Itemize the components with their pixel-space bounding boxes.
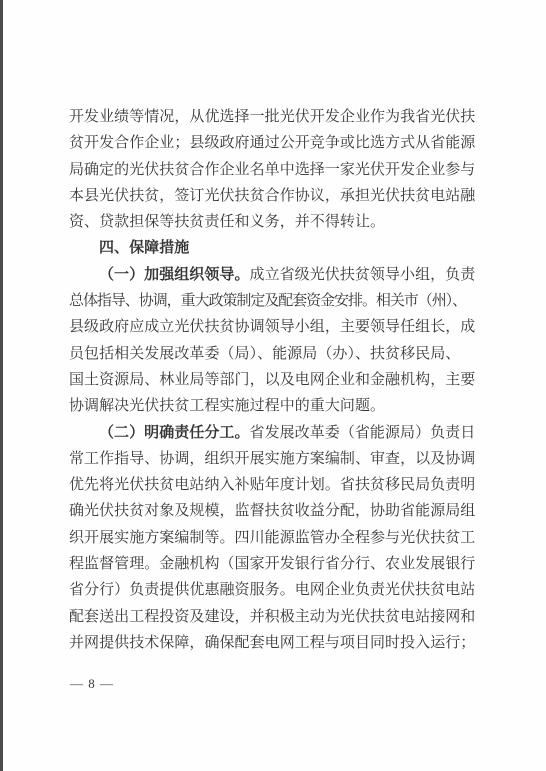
document-page: 开发业绩等情况，从优选择一批光伏开发企业作为我省光伏扶贫开发合作企业；县级政府通…	[0, 0, 546, 771]
text-segment: 优先将光伏扶贫电站纳入补贴年度计划。省扶贫移民局负责明	[69, 477, 475, 493]
text-segment: 贫开发合作企业；县级政府通过公开竞争或比选方式从省能源	[69, 135, 475, 151]
text-line: 协调解决光伏扶贫工程实施过程中的重大问题。	[69, 393, 477, 419]
page-number: — 8 —	[70, 675, 114, 693]
bold-text-segment: 四、保障措施	[99, 240, 189, 256]
text-line: 贫开发合作企业；县级政府通过公开竞争或比选方式从省能源	[69, 130, 477, 156]
text-segment: 省分行）负责提供优惠融资服务。电网企业负责光伏扶贫电站	[69, 582, 475, 598]
text-segment: 常工作指导、协调，组织开展实施方案编制、审查，以及协调	[69, 451, 475, 467]
text-line: 常工作指导、协调，组织开展实施方案编制、审查，以及协调	[69, 446, 477, 472]
text-line: 资、贷款担保等扶贫责任和义务，并不得转让。	[69, 209, 477, 235]
text-line: 省分行）负责提供优惠融资服务。电网企业负责光伏扶贫电站	[69, 577, 477, 603]
text-line: 局确定的光伏扶贫合作企业名单中选择一家光伏开发企业参与	[69, 157, 477, 183]
text-line: 优先将光伏扶贫电站纳入补贴年度计划。省扶贫移民局负责明	[69, 472, 477, 498]
text-line: 本县光伏扶贫，签订光伏扶贫合作协议，承担光伏扶贫电站融	[69, 183, 477, 209]
text-line: 织开展实施方案编制等。四川能源监管办全程参与光伏扶贫工	[69, 525, 477, 551]
text-segment: 织开展实施方案编制等。四川能源监管办全程参与光伏扶贫工	[69, 530, 475, 546]
scan-edge-artifact	[0, 0, 3, 771]
text-segment: 县级政府应成立光伏扶贫协调领导小组，主要领导任组长，成	[69, 319, 475, 335]
bold-text-segment: （二）明确责任分工。	[99, 425, 250, 441]
bold-text-segment: （一）加强组织领导。	[99, 267, 250, 283]
text-line: 确光伏扶贫对象及规模，监督扶贫收益分配，协助省能源局组	[69, 498, 477, 524]
text-line: 县级政府应成立光伏扶贫协调领导小组，主要领导任组长，成	[69, 314, 477, 340]
text-line: （二）明确责任分工。省发展改革委（省能源局）负责日	[69, 420, 477, 446]
text-line: 程监督管理。金融机构（国家开发银行省分行、农业发展银行	[69, 551, 477, 577]
text-segment: 并网提供技术保障，确保配套电网工程与项目同时投入运行；	[69, 635, 475, 651]
text-segment: 局确定的光伏扶贫合作企业名单中选择一家光伏开发企业参与	[69, 162, 475, 178]
text-segment: 本县光伏扶贫，签订光伏扶贫合作协议，承担光伏扶贫电站融	[69, 188, 475, 204]
text-line: （一）加强组织领导。成立省级光伏扶贫领导小组，负责	[69, 262, 477, 288]
text-segment: 成立省级光伏扶贫领导小组，负责	[250, 267, 476, 283]
text-segment: 开发业绩等情况，从优选择一批光伏开发企业作为我省光伏扶	[69, 109, 475, 125]
text-line: 并网提供技术保障，确保配套电网工程与项目同时投入运行；	[69, 630, 477, 656]
text-line: 配套送出工程投资及建设，并积极主动为光伏扶贫电站接网和	[69, 604, 477, 630]
text-line: 总体指导、协调，重大政策制定及配套资金安排。相关市（州）、	[69, 288, 477, 314]
text-segment: 程监督管理。金融机构（国家开发银行省分行、农业发展银行	[69, 556, 475, 572]
text-block: 开发业绩等情况，从优选择一批光伏开发企业作为我省光伏扶贫开发合作企业；县级政府通…	[69, 104, 477, 656]
text-segment: 协调解决光伏扶贫工程实施过程中的重大问题。	[69, 398, 385, 414]
text-segment: 员包括相关发展改革委（局）、能源局（办）、扶贫移民局、	[69, 346, 460, 362]
text-line: 员包括相关发展改革委（局）、能源局（办）、扶贫移民局、	[69, 341, 477, 367]
text-line: 四、保障措施	[69, 235, 477, 261]
text-segment: 资、贷款担保等扶贫责任和义务，并不得转让。	[69, 214, 385, 230]
text-segment: 配套送出工程投资及建设，并积极主动为光伏扶贫电站接网和	[69, 609, 475, 625]
text-segment: 省发展改革委（省能源局）负责日	[250, 425, 476, 441]
text-line: 开发业绩等情况，从优选择一批光伏开发企业作为我省光伏扶	[69, 104, 477, 130]
text-line: 国土资源局、林业局等部门，以及电网企业和金融机构，主要	[69, 367, 477, 393]
text-segment: 总体指导、协调，重大政策制定及配套资金安排。相关市（州）、	[69, 293, 466, 309]
text-segment: 国土资源局、林业局等部门，以及电网企业和金融机构，主要	[69, 372, 475, 388]
text-segment: 确光伏扶贫对象及规模，监督扶贫收益分配，协助省能源局组	[69, 503, 475, 519]
